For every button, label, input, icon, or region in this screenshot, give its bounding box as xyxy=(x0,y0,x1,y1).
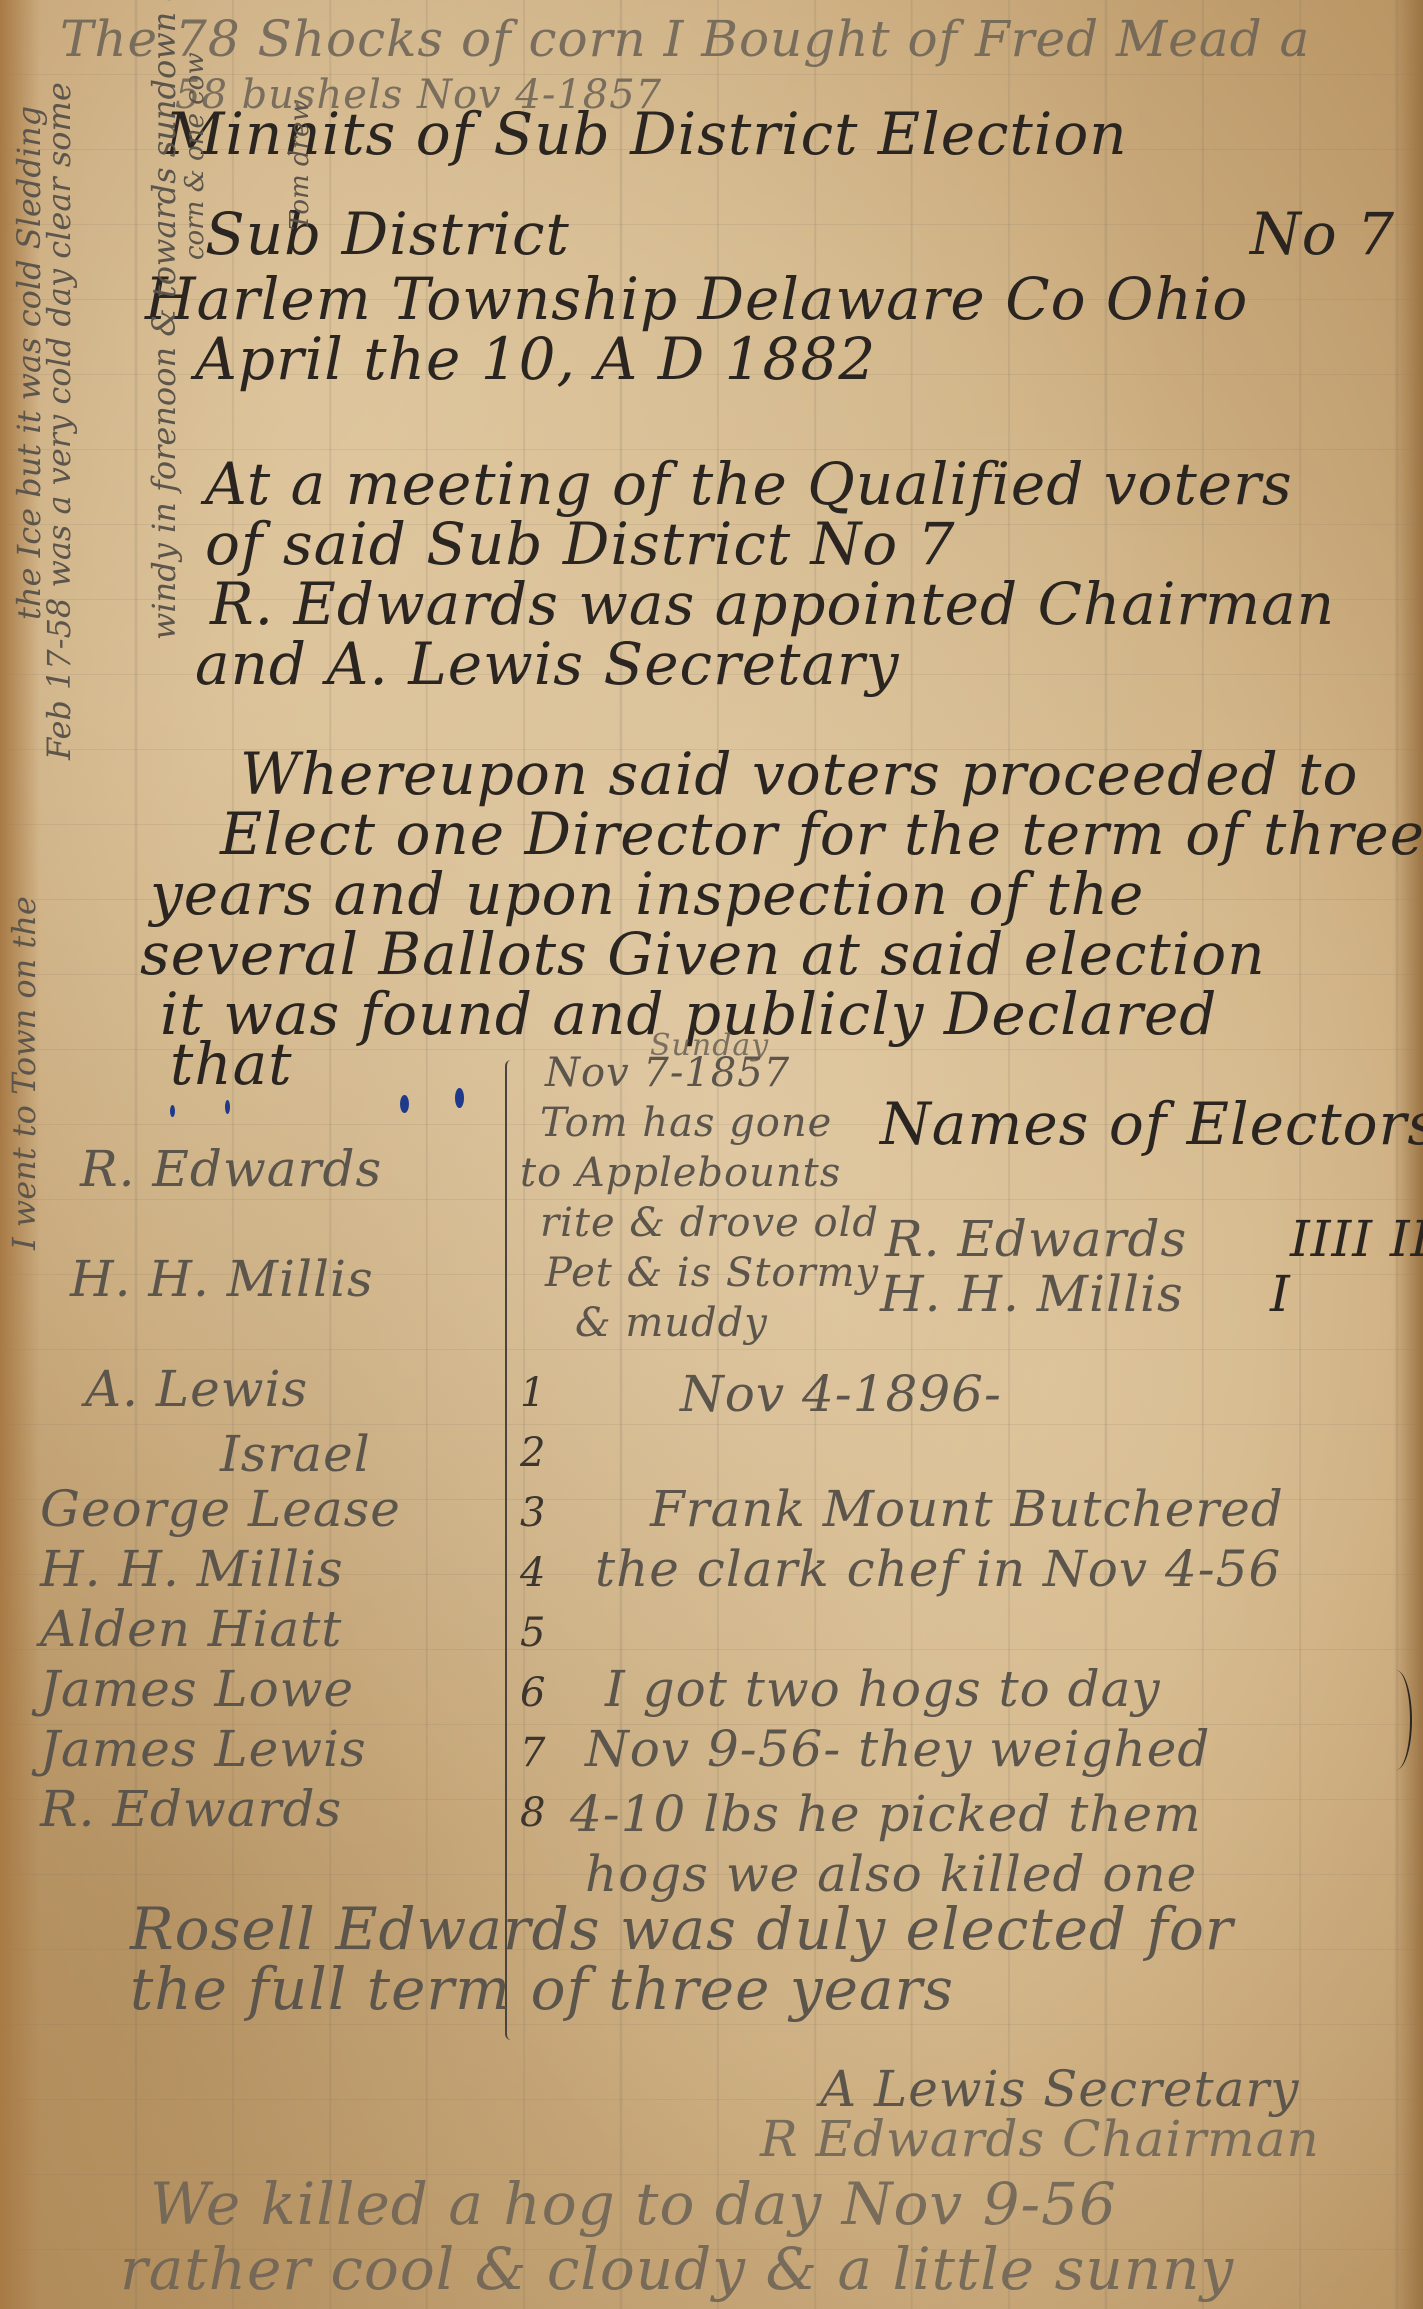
tally-number: 6 xyxy=(520,1670,545,1716)
tally-number: 2 xyxy=(520,1430,545,1476)
tally-number: 8 xyxy=(520,1790,545,1836)
parenthesis-mark xyxy=(1380,1670,1412,1770)
ink-spot xyxy=(455,1088,464,1108)
voter-5: George Lease xyxy=(40,1480,401,1538)
voter-8: James Lowe xyxy=(40,1660,354,1718)
voter-6: H. H. Millis xyxy=(40,1540,344,1598)
chairman-signature: R Edwards Chairman xyxy=(760,2110,1320,2168)
elector-name-2: H. H. Millis xyxy=(880,1265,1184,1323)
result-line-2: the full term of three years xyxy=(130,1955,954,2023)
voter-10: R. Edwards xyxy=(40,1780,342,1838)
voter-1: R. Edwards xyxy=(80,1140,382,1198)
district-label: Sub District xyxy=(205,200,570,268)
body-line-3: R. Edwards was appointed Chairman xyxy=(210,570,1335,638)
body-line-4: and A. Lewis Secretary xyxy=(195,630,899,698)
nov-note-line-5: Nov 9-56- they weighed xyxy=(585,1720,1210,1778)
body-line-8: several Ballots Given at said election xyxy=(140,920,1266,988)
elector-name-1: R. Edwards xyxy=(885,1210,1187,1268)
voter-9: James Lewis xyxy=(40,1720,367,1778)
tally-number: 3 xyxy=(520,1490,545,1536)
tom-note-line-4: to Applebounts xyxy=(520,1150,841,1196)
tally-number: 5 xyxy=(520,1610,545,1656)
margin-note-2: the Ice but it was cold Sledding xyxy=(10,106,48,620)
margin-note-5: corn & one cow xyxy=(180,52,210,260)
body-line-5: Whereupon said voters proceeded to xyxy=(240,740,1358,808)
result-line-1: Rosell Edwards was duly elected for xyxy=(130,1895,1234,1963)
voter-7: Alden Hiatt xyxy=(40,1600,342,1658)
voter-2: H. H. Millis xyxy=(70,1250,374,1308)
nov-note-line-6: 4-10 lbs he picked them xyxy=(570,1785,1202,1843)
body-line-6: Elect one Director for the term of three xyxy=(220,800,1423,868)
margin-note-4: I went to Town on the xyxy=(5,896,43,1250)
bottom-note-line-2: rather cool & cloudy & a little sunny xyxy=(120,2235,1234,2303)
elector-tally-1: IIII II xyxy=(1290,1210,1423,1268)
body-line-10: that xyxy=(170,1030,293,1098)
brace-divider xyxy=(505,1060,517,2040)
nov-note-line-2: Frank Mount Butchered xyxy=(650,1480,1284,1538)
tom-note-line-5: rite & drove old xyxy=(540,1200,879,1246)
body-line-1: At a meeting of the Qualified voters xyxy=(205,450,1293,518)
ledger-page: The 78 Shocks of corn I Bought of Fred M… xyxy=(0,0,1423,2309)
top-note-line1: The 78 Shocks of corn I Bought of Fred M… xyxy=(60,10,1310,68)
tally-number: 7 xyxy=(520,1730,545,1776)
bottom-note-line-1: We killed a hog to day Nov 9-56 xyxy=(150,2170,1117,2238)
voter-4: Israel xyxy=(220,1425,371,1483)
tom-note-line-6: Pet & is Stormy xyxy=(545,1250,879,1296)
electors-heading: Names of Electors xyxy=(880,1090,1423,1158)
nov-note-line-4: I got two hogs to day xyxy=(605,1660,1161,1718)
elector-tally-2: I xyxy=(1270,1265,1291,1323)
location-line: Harlem Township Delaware Co Ohio xyxy=(145,265,1248,333)
tom-note-line-7: & muddy xyxy=(575,1300,768,1346)
body-line-2: of said Sub District No 7 xyxy=(205,510,956,578)
margin-note-6: Tom drew xyxy=(285,99,315,230)
district-number: No 7 xyxy=(1250,200,1395,268)
margin-note-3: windy in forenoon & towards sundown clou… xyxy=(145,0,183,640)
ink-spot xyxy=(400,1095,409,1113)
tally-number: 4 xyxy=(520,1550,545,1596)
nov-note-line-3: the clark chef in Nov 4-56 xyxy=(595,1540,1281,1598)
date-line: April the 10, A D 1882 xyxy=(195,325,876,393)
tom-note-line-2: Nov 7-1857 xyxy=(545,1050,790,1096)
ink-spot xyxy=(170,1105,175,1117)
body-line-7: years and upon inspection of the xyxy=(150,860,1144,928)
ink-spot xyxy=(225,1100,230,1114)
tally-number: 1 xyxy=(520,1370,545,1416)
nov-note-line-1: Nov 4-1896- xyxy=(680,1365,1002,1423)
voter-3: A. Lewis xyxy=(85,1360,308,1418)
tom-note-line-3: Tom has gone xyxy=(540,1100,832,1146)
